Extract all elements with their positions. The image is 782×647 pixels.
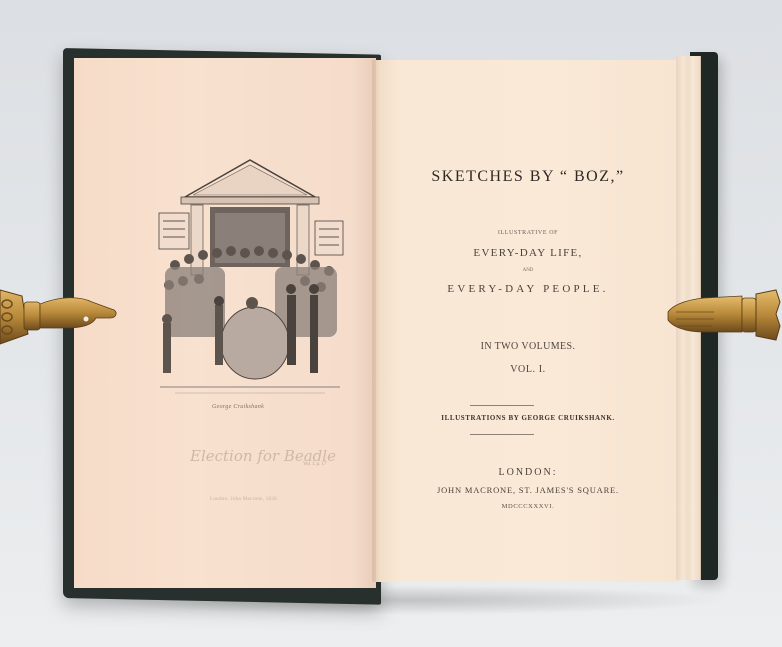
- imprint-publisher: JOHN MACRONE, ST. JAMES'S SQUARE.: [376, 485, 680, 495]
- illustrative-of: ILLUSTRATIVE OF: [376, 230, 680, 236]
- illustrator-credit: ILLUSTRATIONS BY GEORGE CRUIKSHANK.: [376, 414, 680, 422]
- subtitle-and: AND: [376, 268, 680, 273]
- subtitle-people: EVERY-DAY PEOPLE.: [376, 283, 680, 295]
- brass-hand-clip-icon: [664, 286, 782, 346]
- volume-number: VOL. I.: [376, 364, 680, 375]
- imprint-city: LONDON:: [376, 467, 680, 478]
- divider-rule: [470, 405, 534, 406]
- engraver-signature: George Cruikshank: [212, 404, 264, 410]
- engraving-illustration-icon: [155, 155, 345, 405]
- book-photo: George Cruikshank Election for Beadle Vo…: [0, 0, 782, 647]
- volumes-note: IN TWO VOLUMES.: [376, 341, 680, 352]
- plate-reference: Vol. I. p. 17: [303, 462, 327, 467]
- plate-imprint: London: John Macrone, 1836.: [210, 497, 279, 502]
- book-title: SKETCHES BY “ BOZ,”: [376, 168, 680, 186]
- brass-hand-clip-icon: [0, 282, 120, 352]
- divider-rule: [470, 434, 534, 435]
- subtitle-life: EVERY-DAY LIFE,: [376, 247, 680, 259]
- imprint-year: MDCCCXXXVI.: [376, 503, 680, 510]
